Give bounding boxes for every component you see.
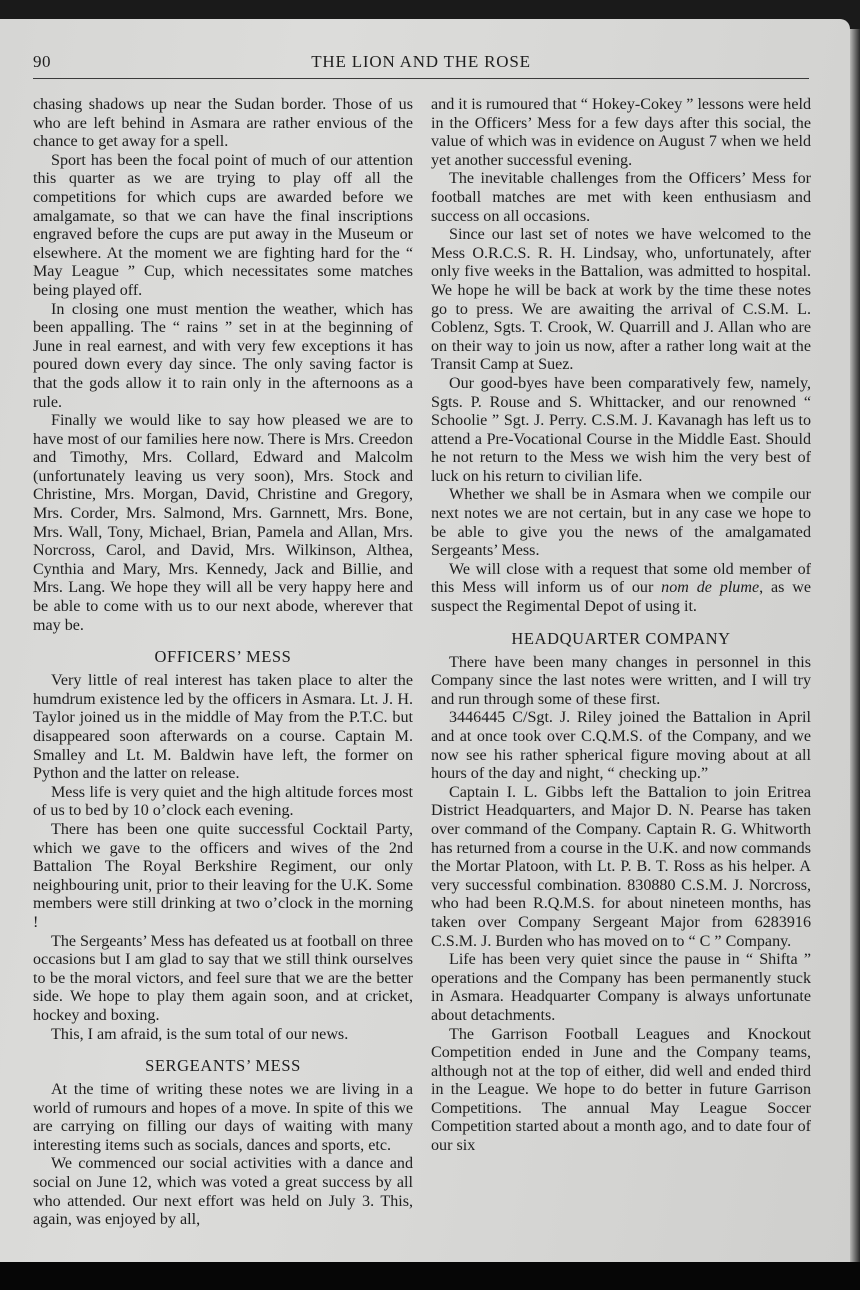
paragraph: chasing shadows up near the Sudan border…	[33, 96, 413, 152]
paragraph: Finally we would like to say how pleased…	[33, 412, 413, 635]
paragraph: Sport has been the focal point of much o…	[33, 152, 413, 301]
section-heading-officers-mess: OFFICERS’ MESS	[33, 648, 413, 666]
italic-phrase: nom de plume	[661, 579, 759, 596]
scan-bottom-border	[0, 1262, 860, 1290]
paragraph: The Garrison Football Leagues and Knocko…	[431, 1026, 811, 1156]
running-head: 90 THE LION AND THE ROSE	[33, 52, 809, 76]
paragraph: In closing one must mention the weather,…	[33, 301, 413, 413]
paragraph: We will close with a request that some o…	[431, 561, 811, 617]
left-column: chasing shadows up near the Sudan border…	[33, 96, 413, 1230]
paragraph: There have been many changes in personne…	[431, 654, 811, 710]
paragraph: There has been one quite successful Cock…	[33, 821, 413, 933]
paragraph: 3446445 C/Sgt. J. Riley joined the Batta…	[431, 709, 811, 783]
header-rule	[33, 78, 809, 79]
paragraph: This, I am afraid, is the sum total of o…	[33, 1026, 413, 1045]
paragraph: Since our last set of notes we have welc…	[431, 226, 811, 375]
paragraph: The Sergeants’ Mess has defeated us at f…	[33, 933, 413, 1026]
paragraph: Captain I. L. Gibbs left the Battalion t…	[431, 784, 811, 951]
paragraph: Whether we shall be in Asmara when we co…	[431, 486, 811, 560]
paragraph: Life has been very quiet since the pause…	[431, 951, 811, 1025]
running-title: THE LION AND THE ROSE	[33, 52, 809, 72]
section-heading-sergeants-mess: SERGEANTS’ MESS	[33, 1057, 413, 1075]
paragraph: At the time of writing these notes we ar…	[33, 1081, 413, 1155]
paragraph: We commenced our social activities with …	[33, 1155, 413, 1229]
paragraph: and it is rumoured that “ Hokey-Cokey ” …	[431, 96, 811, 170]
paragraph: Very little of real interest has taken p…	[33, 672, 413, 784]
right-column: and it is rumoured that “ Hokey-Cokey ” …	[431, 96, 811, 1156]
page-edge-shadow	[850, 29, 860, 1262]
paragraph: Mess life is very quiet and the high alt…	[33, 784, 413, 821]
paragraph: The inevitable challenges from the Offic…	[431, 170, 811, 226]
paragraph: Our good-byes have been comparatively fe…	[431, 375, 811, 487]
section-heading-headquarter-company: HEADQUARTER COMPANY	[431, 630, 811, 648]
